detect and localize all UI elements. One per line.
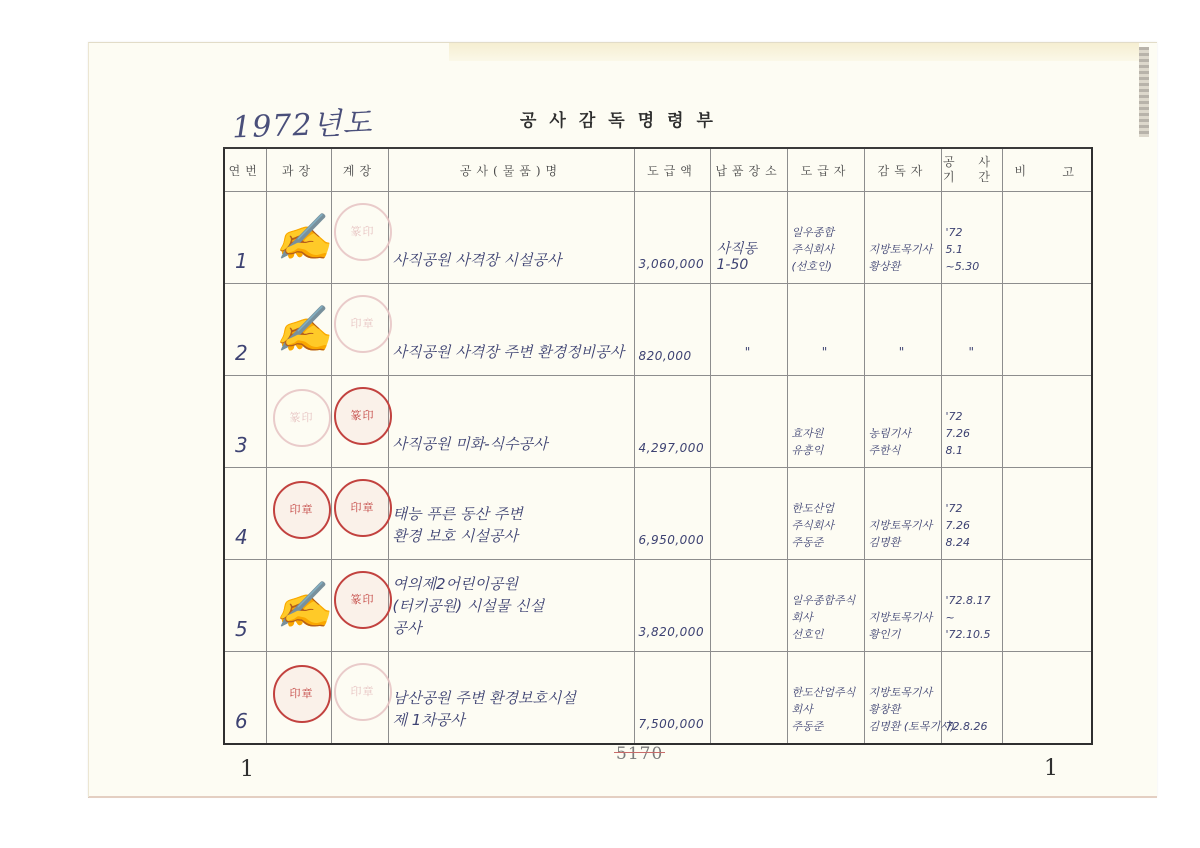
table-row: 3篆印篆印사직공원 미화-식수공사4,297,000효자원유흥익농림기사주한식'…: [224, 376, 1092, 468]
cell-delivery-place: [710, 652, 787, 745]
header-team-chief: 계장: [331, 148, 388, 192]
contractor-line: 한도산업: [788, 500, 864, 517]
team-chief-seal-stamp: 篆印: [334, 203, 392, 261]
project-name-line: 제 1차공사: [389, 709, 634, 743]
cell-team-chief: 篆印: [331, 560, 388, 652]
cell-project: 사직공원 사격장 시설공사: [388, 192, 634, 284]
cell-contractor: 한도산업주식회사주동준: [787, 652, 864, 745]
cell-contractor: 일우종합주식회사(선호인): [787, 192, 864, 284]
contract-amount: 6,950,000: [639, 533, 705, 547]
reference-number: 5170: [616, 744, 663, 764]
supervisor-line: 지방토목기사: [865, 241, 941, 258]
remarks: [1003, 735, 1092, 743]
period-line: ~: [942, 609, 1002, 626]
supervisor-line: 김명환 (토목기사): [865, 718, 941, 743]
cell-delivery-place: [710, 468, 787, 560]
table-row: 4印章印章태능 푸른 동산 주변환경 보호 시설공사6,950,000한도산업주…: [224, 468, 1092, 560]
contractor-line: 주동준: [788, 534, 864, 559]
header-seq: 연번: [224, 148, 266, 192]
header-row: 연번 과장 계장 공사(물품)명 도급액 납품장소 도급자 감독자 공 사 기 …: [224, 148, 1092, 192]
cell-team-chief: 篆印: [331, 376, 388, 468]
team-chief-seal-stamp: 印章: [334, 479, 392, 537]
binding-edge: [1139, 47, 1149, 137]
cell-contractor: 일우종합주식회사선호인: [787, 560, 864, 652]
cell-supervisor: 지방토목기사황상환: [864, 192, 941, 284]
paper-tab-strip: [449, 43, 1139, 61]
project-name-line: 남산공원 주변 환경보호시설: [389, 687, 634, 709]
cell-period: ": [941, 284, 1002, 376]
delivery-place-ditto: ": [745, 345, 751, 359]
cell-period: '727.268.24: [941, 468, 1002, 560]
cell-period: '72.8.17~'72.10.5: [941, 560, 1002, 652]
cell-supervisor: 지방토목기사황인기: [864, 560, 941, 652]
period-line: 8.24: [942, 534, 1002, 559]
cell-amount: 3,820,000: [634, 560, 710, 652]
section-chief-signature: ✍: [275, 210, 332, 265]
supervisor-line: 황창환: [865, 701, 941, 718]
supervisor-line: 황상환: [865, 258, 941, 283]
cell-seq: 1: [224, 192, 266, 284]
cell-seq: 4: [224, 468, 266, 560]
supervisor-ditto: ": [899, 345, 905, 359]
delivery-place: 사직동1-50: [717, 241, 758, 273]
delivery-place-line: 사직동: [717, 241, 758, 257]
cell-section-chief: 篆印: [266, 376, 331, 468]
cell-amount: 3,060,000: [634, 192, 710, 284]
cell-team-chief: 印章: [331, 652, 388, 745]
cell-remarks: [1002, 284, 1092, 376]
row-number: 5: [235, 617, 248, 641]
section-chief-seal-stamp: 印章: [273, 665, 331, 723]
supervisor-line: 지방토목기사: [865, 517, 941, 534]
supervisor-line: 농림기사: [865, 425, 941, 442]
project-name: 사직공원 사격장 시설공사: [389, 249, 634, 283]
cell-contractor: 효자원유흥익: [787, 376, 864, 468]
cell-team-chief: 印章: [331, 284, 388, 376]
row-number: 6: [235, 709, 248, 733]
period-line: 5.1: [942, 241, 1002, 258]
page-number-right: 1: [1044, 756, 1058, 781]
contractor-line: 선호인: [788, 626, 864, 651]
paper-bottom-edge: [89, 796, 1157, 798]
table-row: 2✍印章사직공원 사격장 주변 환경정비공사820,000"""": [224, 284, 1092, 376]
header-remarks-right: 고: [1062, 163, 1079, 180]
contract-amount: 7,500,000: [639, 717, 705, 731]
cell-team-chief: 印章: [331, 468, 388, 560]
cell-project: 남산공원 주변 환경보호시설제 1차공사: [388, 652, 634, 745]
remarks: [1003, 551, 1092, 559]
header-period-line1: 공 사: [942, 155, 1002, 170]
project-name-line: 여의제2어린이공원: [389, 573, 634, 595]
supervisor-line: 지방토목기사: [865, 684, 941, 701]
cell-seq: 3: [224, 376, 266, 468]
cell-seq: 5: [224, 560, 266, 652]
project-name-line: 환경 보호 시설공사: [389, 525, 634, 559]
cell-period: 72.8.26: [941, 652, 1002, 745]
cell-section-chief: 印章: [266, 468, 331, 560]
cell-delivery-place: [710, 376, 787, 468]
contractor-line: 회사: [788, 609, 864, 626]
remarks: [1003, 275, 1092, 283]
contractor-line: 주식회사: [788, 241, 864, 258]
header-amount: 도급액: [634, 148, 710, 192]
cell-period: '725.1~5.30: [941, 192, 1002, 284]
cell-delivery-place: [710, 560, 787, 652]
cell-amount: 6,950,000: [634, 468, 710, 560]
cell-delivery-place: 사직동1-50: [710, 192, 787, 284]
contractor-line: 일우종합주식: [788, 592, 864, 609]
team-chief-seal-stamp: 篆印: [334, 387, 392, 445]
contractor-line: 주동준: [788, 718, 864, 743]
section-chief-signature: ✍: [275, 578, 332, 633]
remarks: [1003, 367, 1092, 375]
supervisor-line: 황인기: [865, 626, 941, 651]
row-number: 1: [235, 249, 248, 273]
cell-contractor: ": [787, 284, 864, 376]
table-row: 5✍篆印여의제2어린이공원(터키공원) 시설물 신설공사3,820,000일우종…: [224, 560, 1092, 652]
handwritten-year: 1972년도: [231, 98, 373, 147]
header-period-line2: 기 간: [942, 170, 1002, 185]
cell-supervisor: 농림기사주한식: [864, 376, 941, 468]
cell-project: 태능 푸른 동산 주변환경 보호 시설공사: [388, 468, 634, 560]
table-row: 6印章印章남산공원 주변 환경보호시설제 1차공사7,500,000한도산업주식…: [224, 652, 1092, 745]
contract-amount: 3,820,000: [639, 625, 705, 639]
project-name: 사직공원 사격장 주변 환경정비공사: [389, 341, 634, 375]
contractor-line: 유흥익: [788, 442, 864, 467]
row-number: 4: [235, 525, 248, 549]
period-line: 8.1: [942, 442, 1002, 467]
remarks: [1003, 643, 1092, 651]
contract-amount: 4,297,000: [639, 441, 705, 455]
period-line: '72: [942, 500, 1002, 517]
cell-project: 사직공원 사격장 주변 환경정비공사: [388, 284, 634, 376]
project-name-line: (터키공원) 시설물 신설: [389, 595, 634, 617]
cell-section-chief: ✍: [266, 192, 331, 284]
team-chief-seal-stamp: 印章: [334, 663, 392, 721]
team-chief-seal-stamp: 篆印: [334, 571, 392, 629]
header-remarks: 비 고: [1002, 148, 1092, 192]
cell-remarks: [1002, 652, 1092, 745]
project-name-line: 태능 푸른 동산 주변: [389, 503, 634, 525]
cell-section-chief: ✍: [266, 560, 331, 652]
cell-amount: 4,297,000: [634, 376, 710, 468]
period-line: '72: [942, 224, 1002, 241]
period-line: '72: [942, 408, 1002, 425]
cell-project: 여의제2어린이공원(터키공원) 시설물 신설공사: [388, 560, 634, 652]
header-contractor: 도급자: [787, 148, 864, 192]
team-chief-seal-stamp: 印章: [334, 295, 392, 353]
cell-amount: 7,500,000: [634, 652, 710, 745]
cell-seq: 6: [224, 652, 266, 745]
contractor-line: 주식회사: [788, 517, 864, 534]
cell-supervisor: ": [864, 284, 941, 376]
table-row: 1✍篆印사직공원 사격장 시설공사3,060,000사직동1-50일우종합주식회…: [224, 192, 1092, 284]
header-delivery-place: 납품장소: [710, 148, 787, 192]
cell-section-chief: 印章: [266, 652, 331, 745]
contract-amount: 3,060,000: [639, 257, 705, 271]
row-number: 3: [235, 433, 248, 457]
cell-delivery-place: ": [710, 284, 787, 376]
row-number: 2: [235, 341, 248, 365]
period-line: 7.26: [942, 425, 1002, 442]
cell-seq: 2: [224, 284, 266, 376]
project-name: 사직공원 미화-식수공사: [389, 433, 634, 467]
contractor-line: 한도산업주식: [788, 684, 864, 701]
header-supervisor: 감독자: [864, 148, 941, 192]
section-chief-seal-stamp: 印章: [273, 481, 331, 539]
period-line: ~5.30: [942, 258, 1002, 283]
section-chief-seal-stamp: 篆印: [273, 389, 331, 447]
period-line: '72.8.17: [942, 592, 1002, 609]
period-line: '72.10.5: [942, 626, 1002, 651]
cell-remarks: [1002, 468, 1092, 560]
contractor-line: (선호인): [788, 258, 864, 283]
period-line: 72.8.26: [942, 718, 1002, 743]
period-ditto: ": [969, 345, 975, 359]
cell-supervisor: 지방토목기사황창환김명환 (토목기사): [864, 652, 941, 745]
contractor-line: 회사: [788, 701, 864, 718]
delivery-place-line: 1-50: [717, 257, 758, 273]
cell-project: 사직공원 미화-식수공사: [388, 376, 634, 468]
project-name-line: 공사: [389, 617, 634, 651]
cell-contractor: 한도산업주식회사주동준: [787, 468, 864, 560]
cell-amount: 820,000: [634, 284, 710, 376]
contract-amount: 820,000: [639, 349, 692, 363]
cell-period: '727.268.1: [941, 376, 1002, 468]
document-title: 공사감독명령부: [520, 106, 726, 131]
header-project: 공사(물품)명: [388, 148, 634, 192]
contractor-ditto: ": [822, 345, 828, 359]
cell-remarks: [1002, 560, 1092, 652]
cell-team-chief: 篆印: [331, 192, 388, 284]
construction-supervision-ledger: 연번 과장 계장 공사(물품)명 도급액 납품장소 도급자 감독자 공 사 기 …: [223, 147, 1093, 745]
cell-section-chief: ✍: [266, 284, 331, 376]
contractor-line: 일우종합: [788, 224, 864, 241]
cell-supervisor: 지방토목기사김명환: [864, 468, 941, 560]
supervisor-line: 지방토목기사: [865, 609, 941, 626]
remarks: [1003, 459, 1092, 467]
header-section-chief: 과장: [266, 148, 331, 192]
section-chief-signature: ✍: [275, 302, 332, 357]
period-line: 7.26: [942, 517, 1002, 534]
header-period: 공 사 기 간: [941, 148, 1002, 192]
header-remarks-left: 비: [1015, 164, 1032, 178]
cell-remarks: [1002, 376, 1092, 468]
cell-remarks: [1002, 192, 1092, 284]
contractor-line: 효자원: [788, 425, 864, 442]
supervisor-line: 김명환: [865, 534, 941, 559]
page-number-left: 1: [240, 757, 254, 782]
supervisor-line: 주한식: [865, 442, 941, 467]
